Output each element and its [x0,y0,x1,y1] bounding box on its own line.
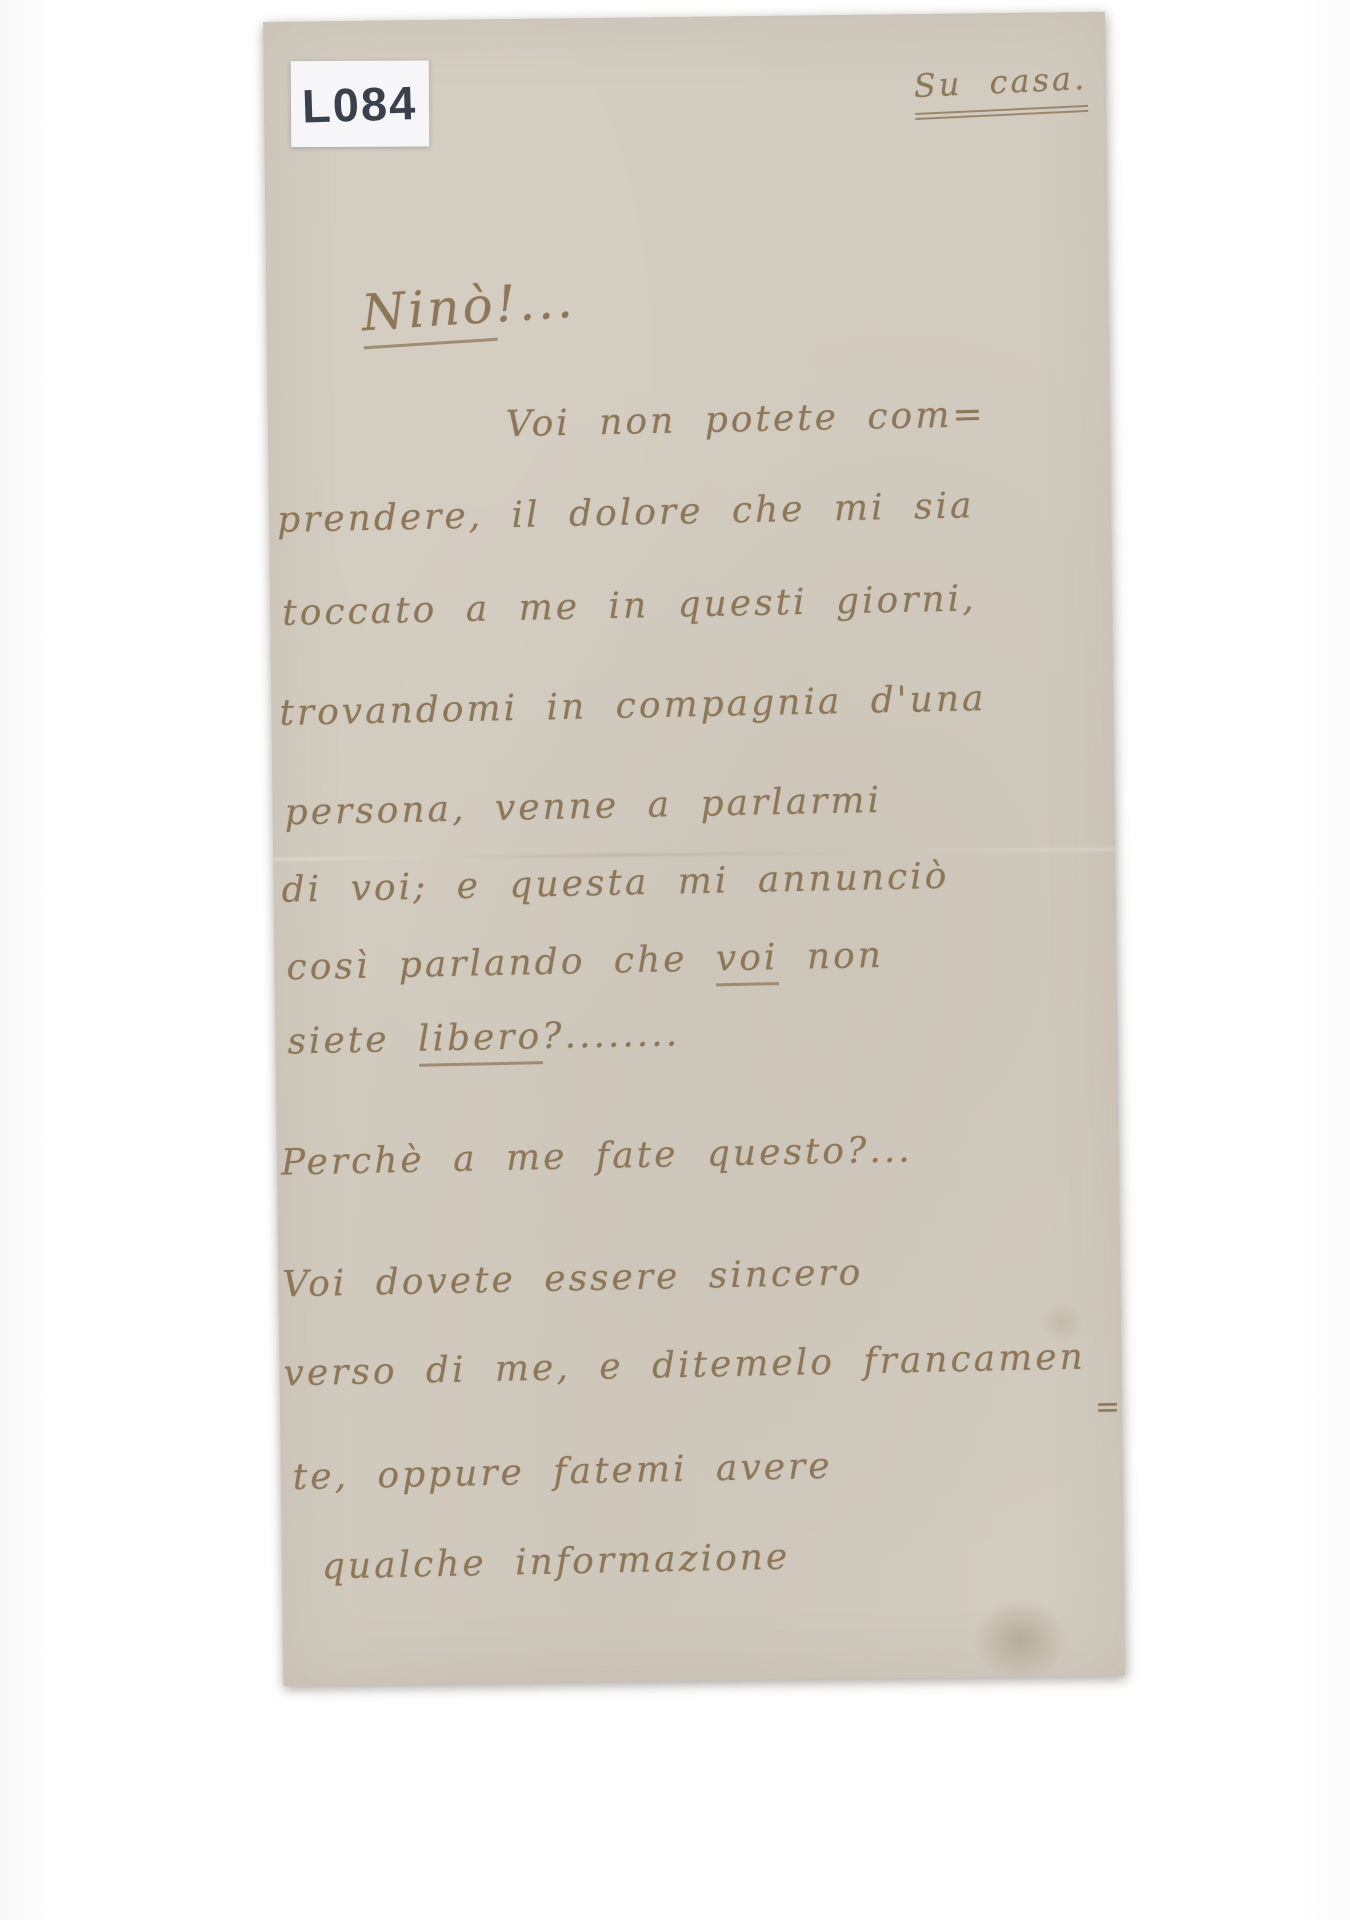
line-text: prendere, il dolore che mi sia [277,485,975,541]
underlined-word-voi: voi [715,937,779,986]
handwritten-line: Voi dovete essere sincero [282,1252,864,1305]
handwritten-line: toccato a me in questi giorni, [282,578,977,634]
line-text: siete [287,1019,418,1063]
handwritten-line: verso di me, e ditemelo francamen [283,1337,1086,1395]
handwritten-line: trovandomi in compagnia d'una [279,678,987,734]
line-text: Voi dovete essere sincero [282,1252,864,1305]
handwritten-line: prendere, il dolore che mi sia [277,485,975,541]
line-text: di voi; e questa mi annunciò [281,856,950,911]
line-text: non [778,935,884,978]
scan-background: L084 Su casa. Ninò!... Voi non potete co… [0,0,1350,1920]
continuation-mark: = [1095,1390,1121,1425]
line-text: verso di me, e ditemelo francamen [283,1337,1086,1395]
line-text: così parlando che [286,938,716,988]
salutation: Ninò!... [360,271,577,343]
letter-paper: L084 Su casa. Ninò!... Voi non potete co… [263,12,1125,1686]
handwritten-line: persona, venne a parlarmi [284,780,882,834]
salutation-name: Ninò [360,276,498,350]
line-text: trovandomi in compagnia d'una [279,678,987,734]
handwritten-line: di voi; e questa mi annunciò [281,856,950,911]
salutation-punctuation: !... [494,271,577,334]
header-note-text: Su casa. [913,59,1089,120]
handwritten-line: qualche informazione [321,1537,790,1588]
line-text: toccato a me in questi giorni, [282,578,977,634]
line-text: te, oppure fatemi avere [292,1446,833,1498]
line-text: Perchè a me fate questo?... [281,1129,914,1183]
line-text: ?........ [542,1013,681,1057]
fold-crease [273,848,1115,861]
paper-stain [972,1598,1068,1681]
archive-label-text: L084 [302,75,419,134]
line-text: persona, venne a parlarmi [284,780,882,834]
line-text: Voi non potete com= [506,394,986,445]
archive-label-sticker: L084 [291,60,429,147]
handwritten-line: siete libero?........ [287,1013,680,1062]
handwritten-line: te, oppure fatemi avere [292,1446,833,1498]
handwritten-line: Voi non potete com= [506,394,986,445]
handwritten-line: così parlando che voi non [286,935,884,989]
line-text: qualche informazione [321,1537,790,1588]
header-note: Su casa. [913,59,1088,105]
underlined-word-libero: libero [418,1016,543,1067]
handwritten-line: Perchè a me fate questo?... [281,1129,914,1183]
